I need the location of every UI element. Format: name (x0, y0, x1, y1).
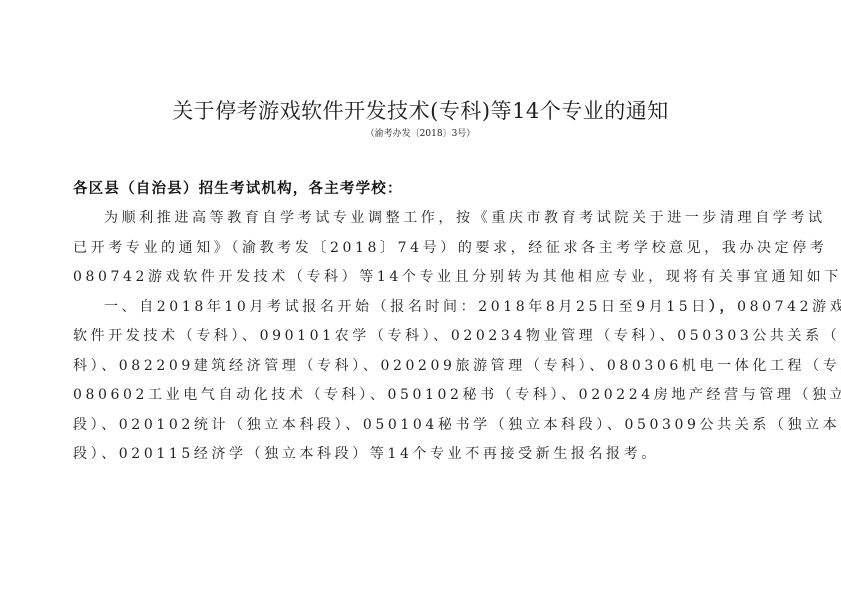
paragraph-1-line-2: 已开考专业的通知》（渝教考发〔2018〕74号）的要求，经征求各主考学校意见，我… (73, 237, 773, 259)
paragraph-2-line-1-pre: 一、自2018年10月考试报名开始（报名时间：2018年8月25日至9月15日 (104, 299, 709, 315)
document-page: 关于停考游戏软件开发技术(专科)等14个专业的通知 （渝考办发〔2018〕3号）… (0, 0, 841, 595)
paragraph-1-line-3: 080742游戏软件开发技术（专科）等14个专业且分别转为其他相应专业，现将有关… (73, 266, 773, 288)
paragraph-2-line-1: 一、自2018年10月考试报名开始（报名时间：2018年8月25日至9月15日）… (104, 296, 804, 318)
paragraph-2-line-1-post: 080742游戏 (737, 299, 841, 315)
paragraph-2-line-4: 080602工业电气自动化技术（专科）、050102秘书（专科）、020224房… (73, 384, 773, 406)
paragraph-1-line-1: 为顺利推进高等教育自学考试专业调整工作，按《重庆市教育考试院关于进一步清理自学考… (104, 207, 804, 229)
document-title: 关于停考游戏软件开发技术(专科)等14个专业的通知 (0, 96, 841, 126)
paragraph-2-line-2: 软件开发技术（专科）、090101农学（专科）、020234物业管理（专科）、0… (73, 325, 773, 347)
paragraph-2-line-6: 段）、020115经济学（独立本科段）等14个专业不再接受新生报名报考。 (73, 443, 773, 465)
paragraph-2-line-5: 段）、020102统计（独立本科段）、050104秘书学（独立本科段）、0503… (73, 414, 773, 436)
salutation: 各区县（自治县）招生考试机构，各主考学校： (73, 178, 403, 200)
paragraph-2-line-1-bold: ）， (709, 299, 737, 315)
paragraph-2-line-3: 科）、082209建筑经济管理（专科）、020209旅游管理（专科）、08030… (73, 355, 773, 377)
document-number: （渝考办发〔2018〕3号） (0, 127, 841, 141)
